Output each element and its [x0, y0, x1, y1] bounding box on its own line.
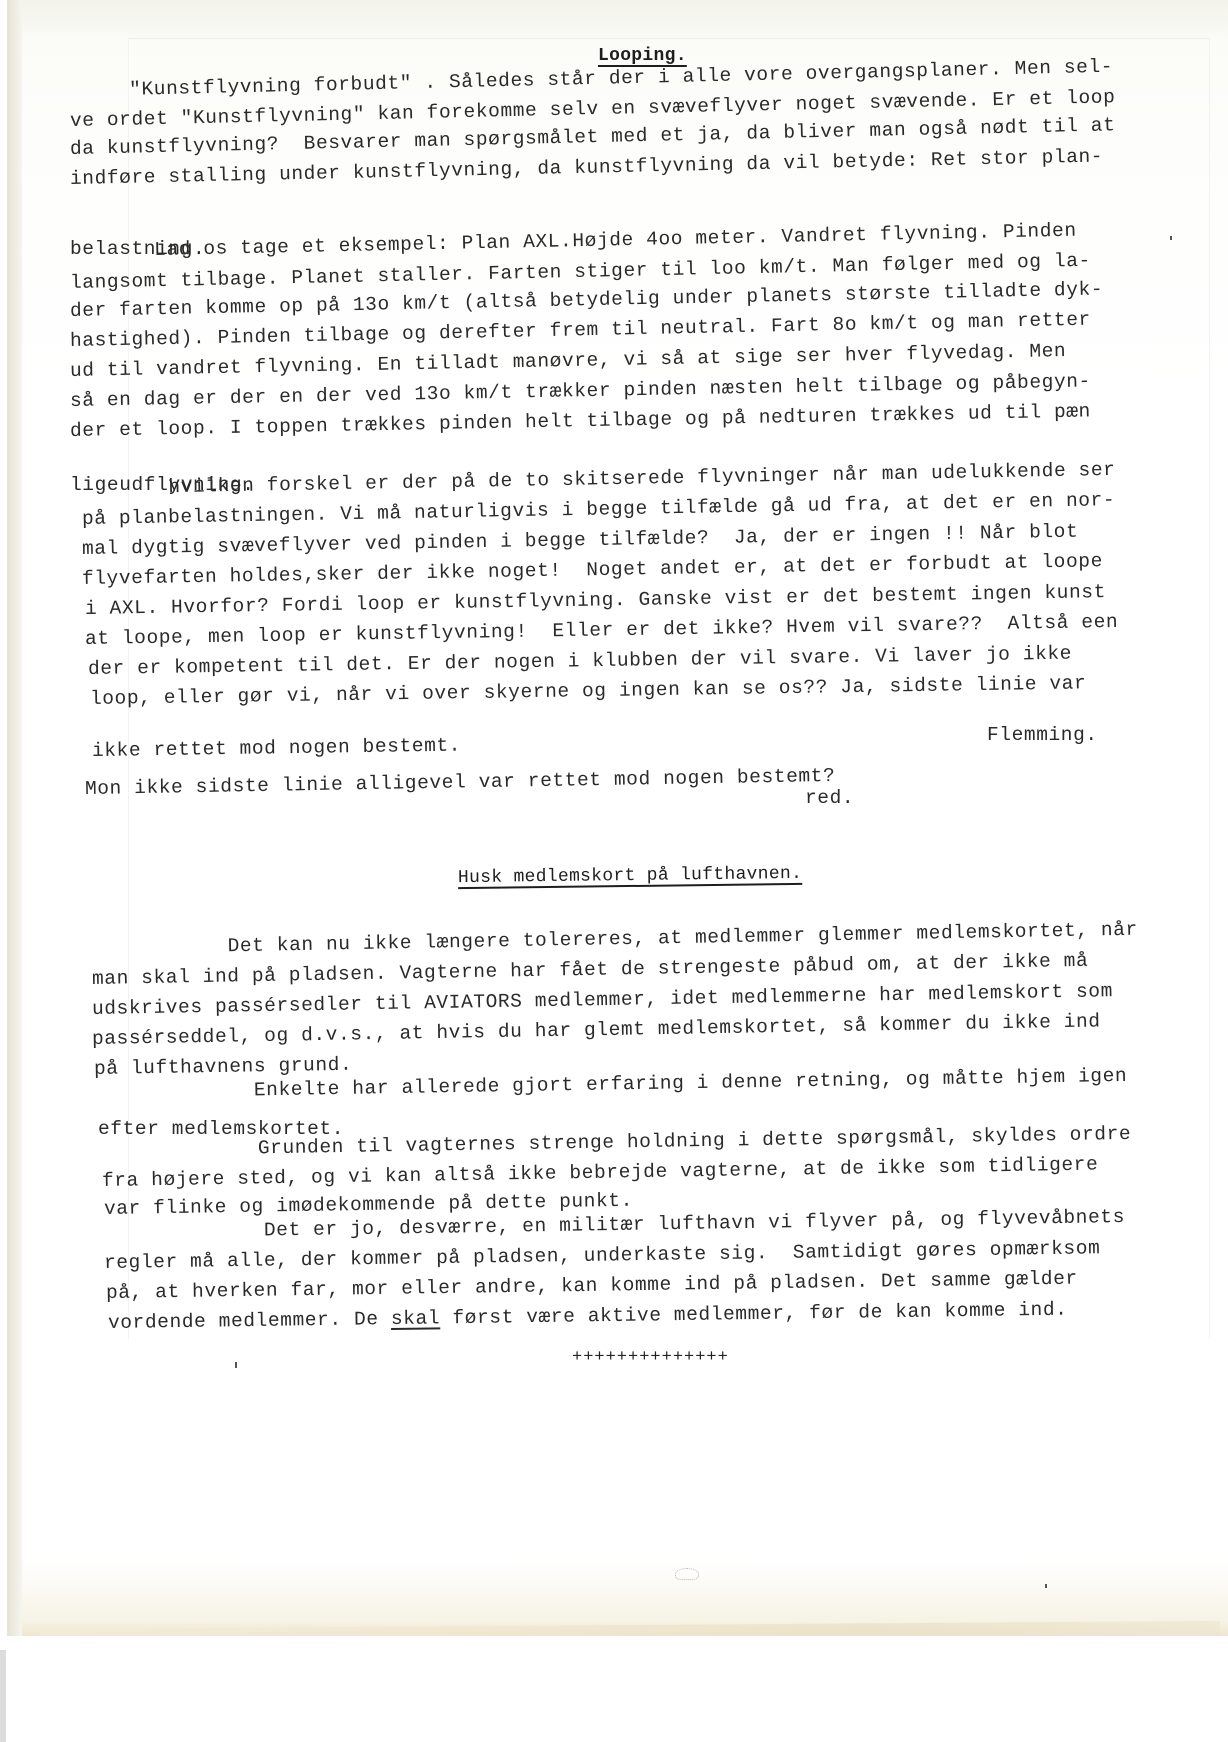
scan-edge-shadow: [0, 1650, 6, 1742]
editor-signature: red.: [805, 787, 854, 809]
text-segment: vordende medlemmer. De: [108, 1308, 391, 1334]
page-left-edge: [10, 0, 22, 1640]
author-signature: Flemming.: [987, 724, 1098, 746]
scanned-page: Looping. "Kunstflyvning forbudt" . Såled…: [10, 0, 1228, 1640]
section-divider: ++++++++++++++: [572, 1348, 729, 1367]
scan-speck: [235, 1362, 237, 1368]
article-title-looping: Looping.: [598, 46, 687, 66]
scan-speck: [1170, 236, 1172, 240]
article-title-medlemskort: Husk medlemskort på lufthavnen.: [458, 864, 802, 888]
emphasis-underlined: skal: [391, 1307, 441, 1330]
text-line: på lufthavnens grund.: [94, 1054, 353, 1080]
faint-stamp-mark: [675, 1568, 699, 1580]
scan-speck: [1045, 1584, 1047, 1588]
scan-background: [0, 1636, 1228, 1742]
